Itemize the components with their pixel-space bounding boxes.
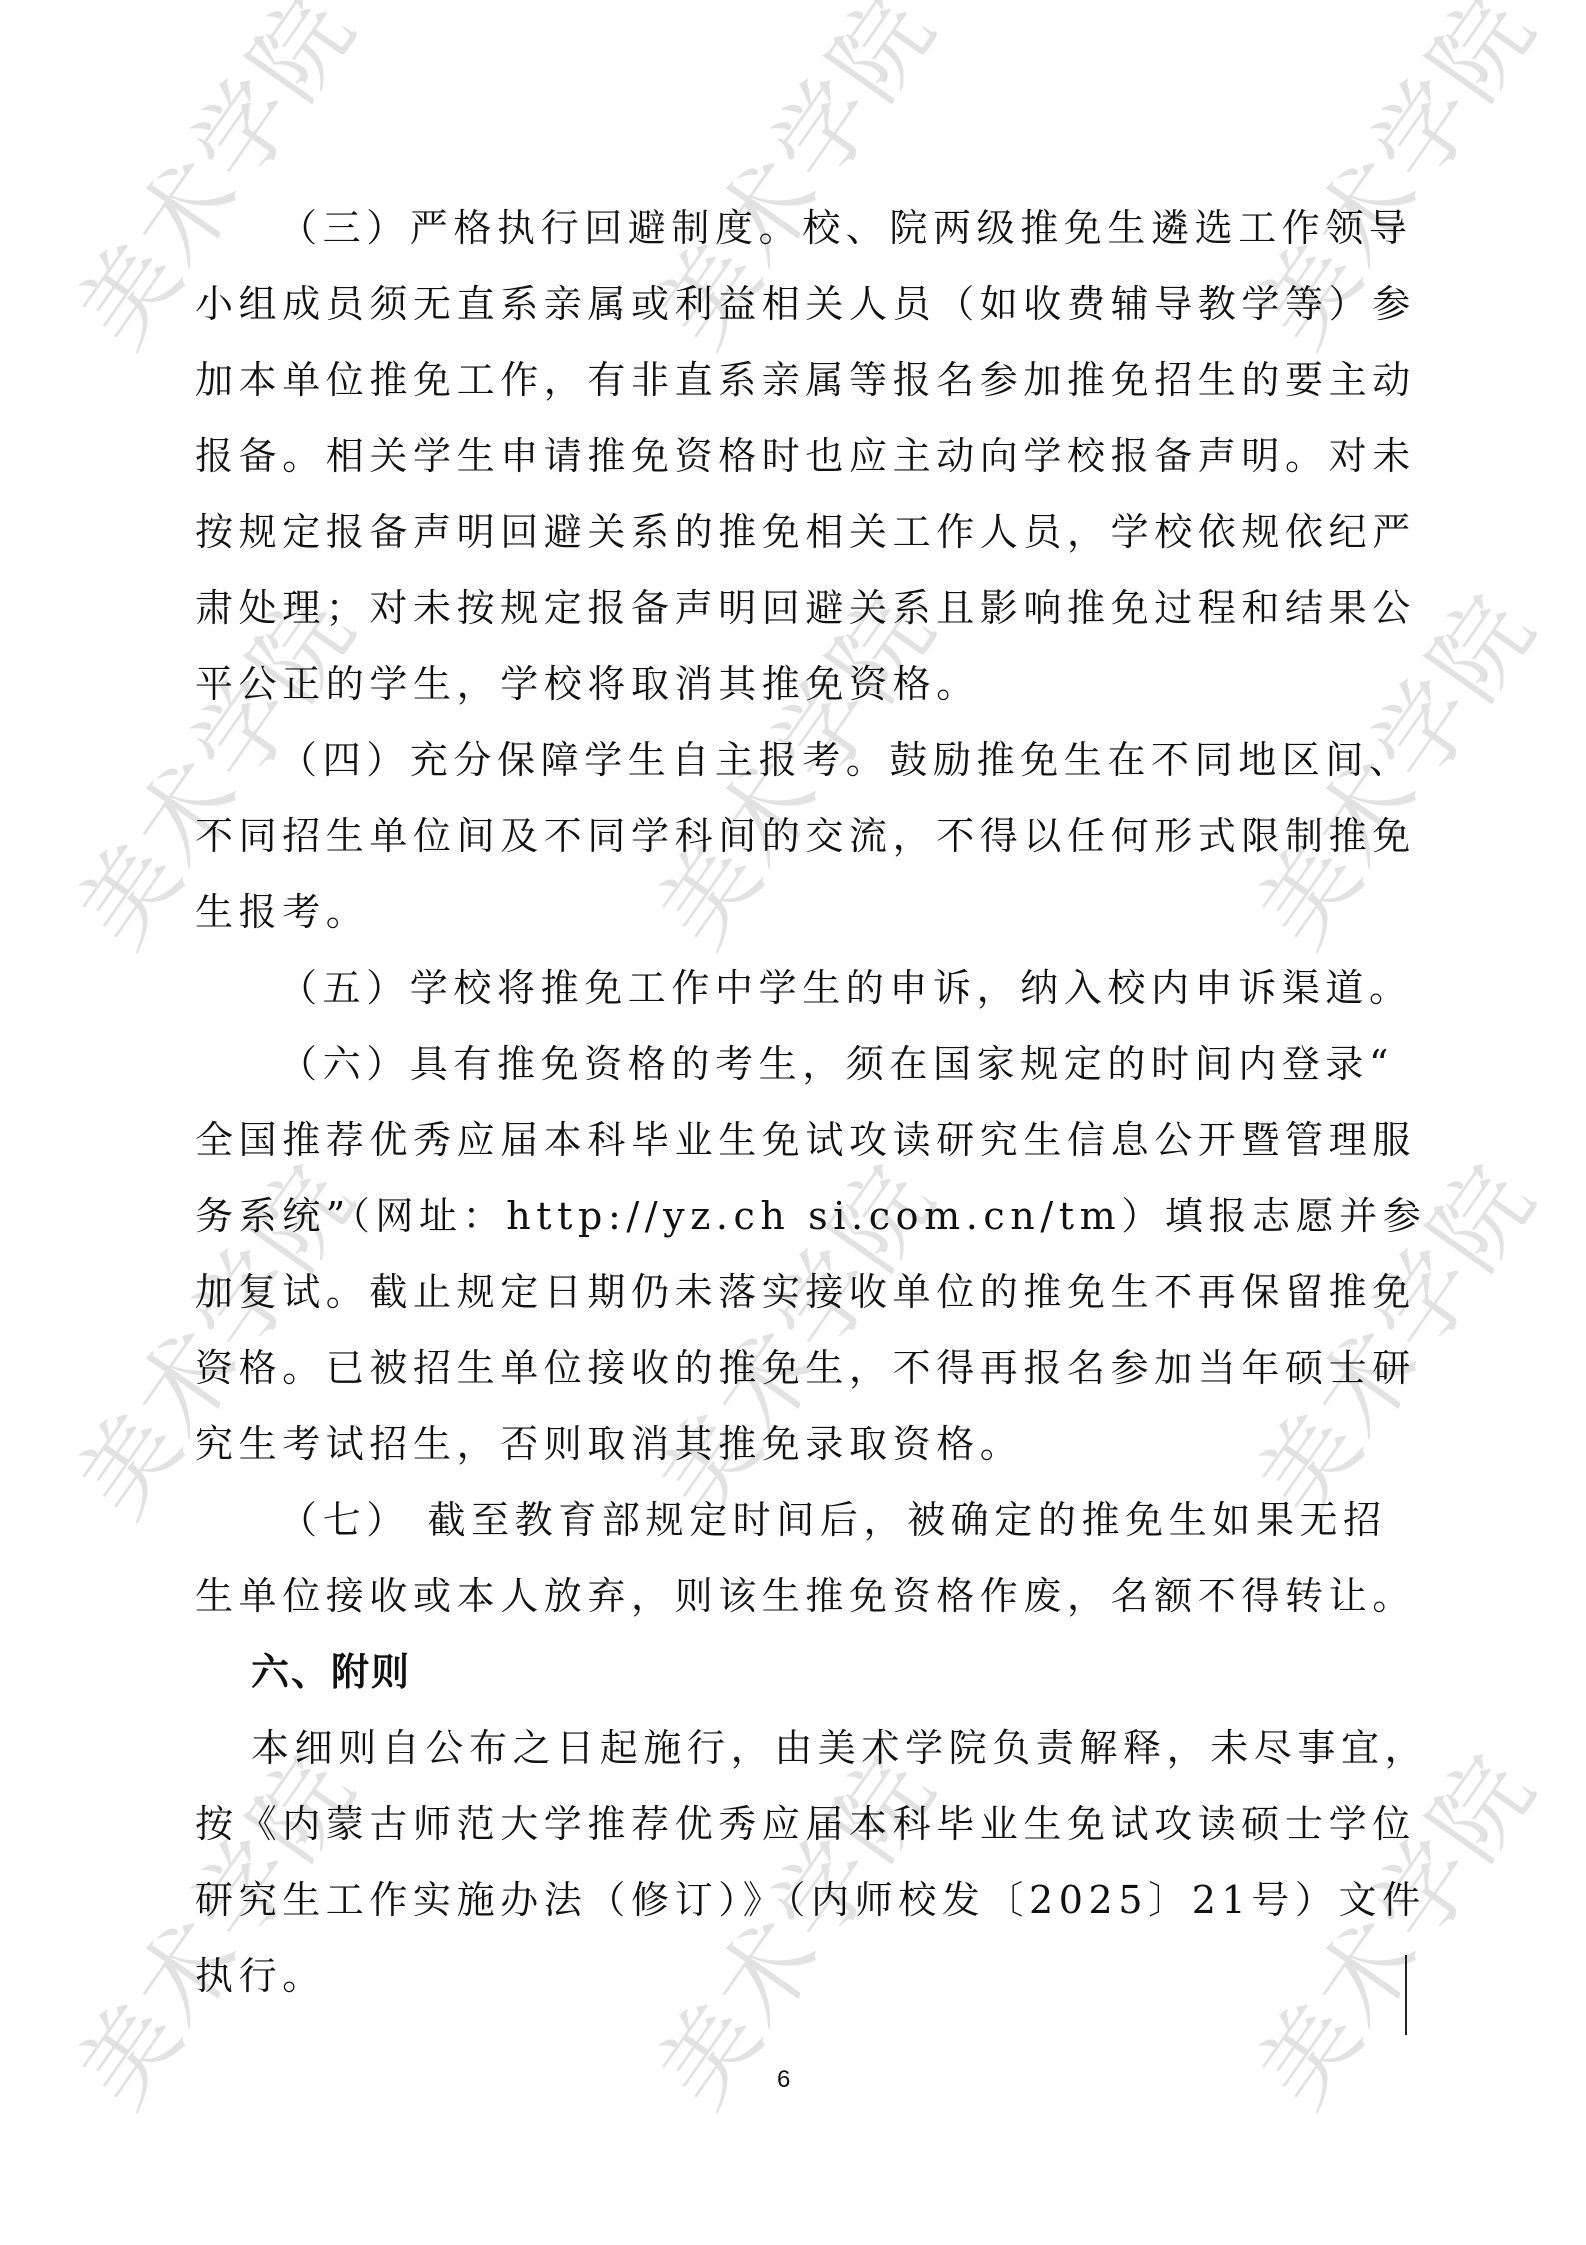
paragraph-line: 生报考。 <box>195 874 1395 950</box>
text-cursor-line <box>1405 1955 1407 2035</box>
paragraph-line: 全国推荐优秀应届本科毕业生免试攻读研究生信息公开暨管理服 <box>195 1102 1395 1178</box>
document-page: 美术学院美术学院美术学院美术学院美术学院美术学院美术学院美术学院美术学院美术学院… <box>0 0 1586 2245</box>
paragraph-line: 资格。已被招生单位接收的推免生，不得再报名参加当年硕士研 <box>195 1330 1395 1406</box>
section-4-free-application: （四）充分保障学生自主报考。鼓励推免生在不同地区间、 不同招生单位间及不同学科间… <box>195 722 1395 950</box>
paragraph-line: （五）学校将推免工作中学生的申诉，纳入校内申诉渠道。 <box>195 950 1395 1026</box>
paragraph-line: （七） 截至教育部规定时间后，被确定的推免生如果无招 <box>195 1482 1395 1558</box>
paragraph-line: 报备。相关学生申请推免资格时也应主动向学校报备声明。对未 <box>195 418 1395 494</box>
section-7-deadline: （七） 截至教育部规定时间后，被确定的推免生如果无招 生单位接收或本人放弃，则该… <box>195 1482 1395 1634</box>
page-number: 6 <box>777 2066 790 2094</box>
paragraph-line: 按《内蒙古师范大学推荐优秀应届本科毕业生免试攻读硕士学位 <box>195 1786 1395 1862</box>
document-body: （三）严格执行回避制度。校、院两级推免生遴选工作领导 小组成员须无直系亲属或利益… <box>195 190 1395 2014</box>
paragraph-line: （六）具有推免资格的考生，须在国家规定的时间内登录“ <box>195 1026 1395 1102</box>
paragraph-line: 本细则自公布之日起施行，由美术学院负责解释，未尽事宜， <box>195 1710 1395 1786</box>
paragraph-line: 执行。 <box>195 1938 1395 2014</box>
paragraph-line: 生单位接收或本人放弃，则该生推免资格作废，名额不得转让。 <box>195 1558 1395 1634</box>
appendix-heading: 六、附则 <box>195 1634 1395 1710</box>
section-5-appeals: （五）学校将推免工作中学生的申诉，纳入校内申诉渠道。 <box>195 950 1395 1026</box>
paragraph-line: 加复试。截止规定日期仍未落实接收单位的推免生不再保留推免 <box>195 1254 1395 1330</box>
paragraph-line: （四）充分保障学生自主报考。鼓励推免生在不同地区间、 <box>195 722 1395 798</box>
paragraph-line: 务系统”（网址：http://yz.ch si.com.cn/tm）填报志愿并参 <box>195 1178 1395 1254</box>
section-6-registration: （六）具有推免资格的考生，须在国家规定的时间内登录“ 全国推荐优秀应届本科毕业生… <box>195 1026 1395 1482</box>
section-3-avoidance: （三）严格执行回避制度。校、院两级推免生遴选工作领导 小组成员须无直系亲属或利益… <box>195 190 1395 722</box>
paragraph-line: 加本单位推免工作，有非直系亲属等报名参加推免招生的要主动 <box>195 342 1395 418</box>
paragraph-line: 不同招生单位间及不同学科间的交流，不得以任何形式限制推免 <box>195 798 1395 874</box>
paragraph-line: 究生考试招生，否则取消其推免录取资格。 <box>195 1406 1395 1482</box>
paragraph-line: 平公正的学生，学校将取消其推免资格。 <box>195 646 1395 722</box>
paragraph-line: 研究生工作实施办法（修订）》（内师校发〔2025〕21号）文件 <box>195 1862 1395 1938</box>
paragraph-line: 肃处理；对未按规定报备声明回避关系且影响推免过程和结果公 <box>195 570 1395 646</box>
paragraph-line: （三）严格执行回避制度。校、院两级推免生遴选工作领导 <box>195 190 1395 266</box>
paragraph-line: 小组成员须无直系亲属或利益相关人员（如收费辅导教学等）参 <box>195 266 1395 342</box>
appendix-paragraph: 本细则自公布之日起施行，由美术学院负责解释，未尽事宜， 按《内蒙古师范大学推荐优… <box>195 1710 1395 2014</box>
paragraph-line: 按规定报备声明回避关系的推免相关工作人员，学校依规依纪严 <box>195 494 1395 570</box>
